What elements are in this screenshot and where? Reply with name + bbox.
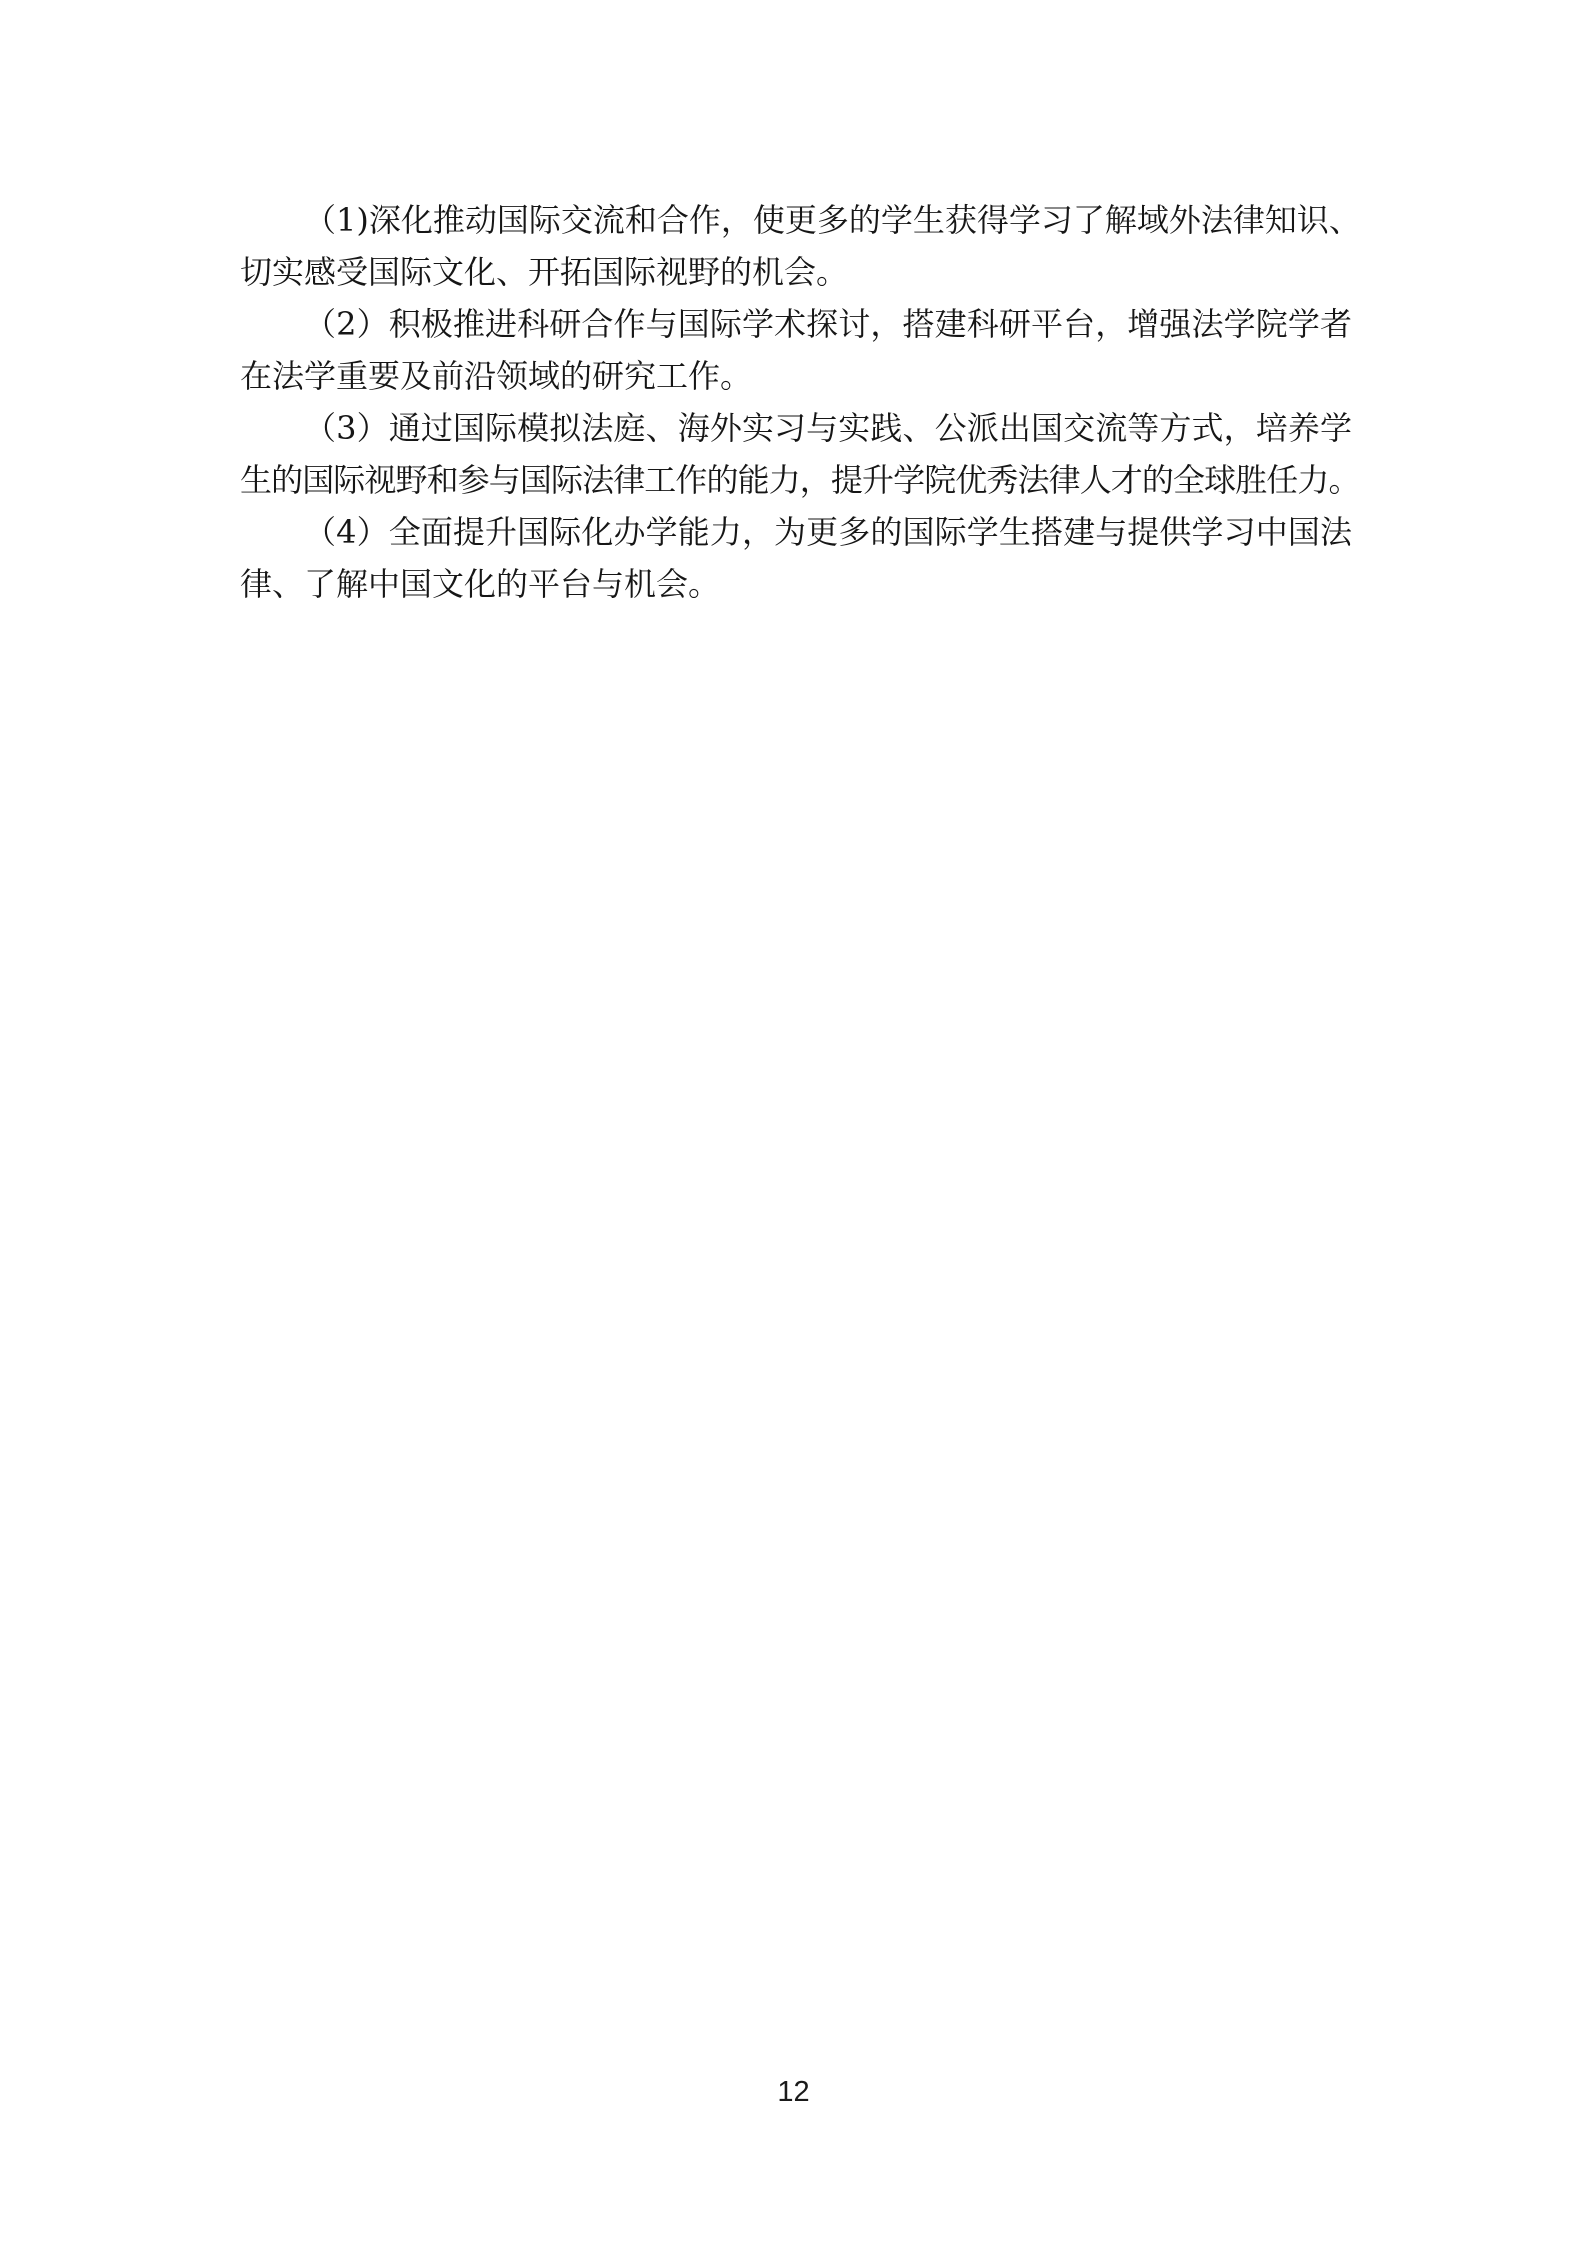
page-number: 12	[777, 2076, 809, 2108]
page-content: （1)深化推动国际交流和合作，使更多的学生获得学习了解域外法律知识、 切实感受国…	[240, 194, 1352, 610]
paragraph-4-line-2: 律、了解中国文化的平台与机会。	[240, 558, 1352, 610]
paragraph-2: （2）积极推进科研合作与国际学术探讨，搭建科研平台，增强法学院学者 在法学重要及…	[240, 298, 1352, 402]
paragraph-2-line-2: 在法学重要及前沿领域的研究工作。	[240, 350, 1352, 402]
paragraph-1: （1)深化推动国际交流和合作，使更多的学生获得学习了解域外法律知识、 切实感受国…	[240, 194, 1352, 298]
paragraph-3: （3）通过国际模拟法庭、海外实习与实践、公派出国交流等方式，培养学 生的国际视野…	[240, 402, 1352, 506]
paragraph-1-line-2: 切实感受国际文化、开拓国际视野的机会。	[240, 246, 1352, 298]
paragraph-3-line-1: （3）通过国际模拟法庭、海外实习与实践、公派出国交流等方式，培养学	[240, 402, 1352, 454]
paragraph-2-line-1: （2）积极推进科研合作与国际学术探讨，搭建科研平台，增强法学院学者	[240, 298, 1352, 350]
page-footer: 12	[0, 2078, 1587, 2107]
paragraph-1-line-1: （1)深化推动国际交流和合作，使更多的学生获得学习了解域外法律知识、	[240, 194, 1352, 246]
document-page: （1)深化推动国际交流和合作，使更多的学生获得学习了解域外法律知识、 切实感受国…	[0, 0, 1587, 2245]
paragraph-4-line-1: （4）全面提升国际化办学能力，为更多的国际学生搭建与提供学习中国法	[240, 506, 1352, 558]
paragraph-4: （4）全面提升国际化办学能力，为更多的国际学生搭建与提供学习中国法 律、了解中国…	[240, 506, 1352, 610]
paragraph-3-line-2: 生的国际视野和参与国际法律工作的能力，提升学院优秀法律人才的全球胜任力。	[240, 454, 1352, 506]
